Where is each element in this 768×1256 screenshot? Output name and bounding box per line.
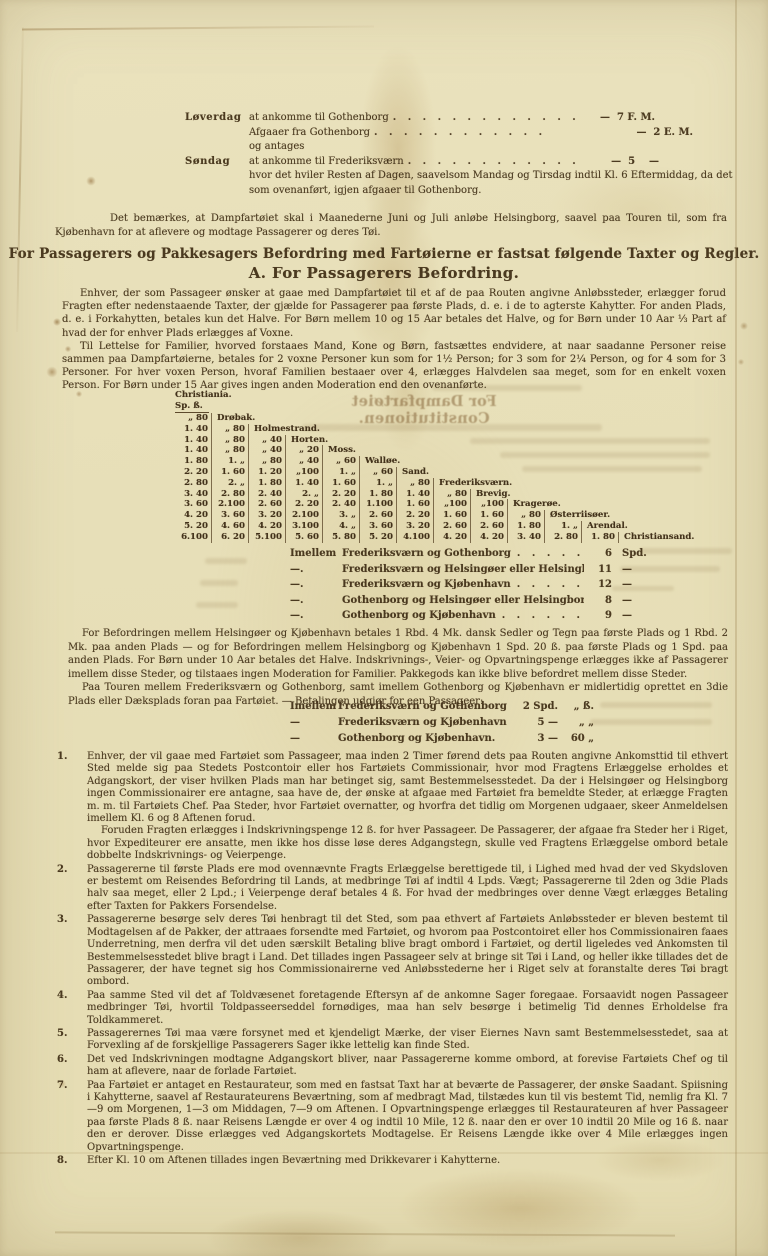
station-label: Horten. xyxy=(286,435,328,446)
route-name: Gothenborg og Helsingøer eller Helsingbo… xyxy=(342,595,584,606)
fare-cell: „ 80 xyxy=(249,456,286,467)
route-name: Frederiksværn og Kjøbenhavn xyxy=(342,579,511,590)
fare-cell: 3. 60 xyxy=(360,521,397,532)
route-fare-row: —.Gothenborg og Helsingøer eller Helsing… xyxy=(290,593,656,609)
fare-cell: „ 60 xyxy=(360,467,397,478)
fare-cell: 3. 40 xyxy=(175,489,212,500)
dot-leader: . . . . . . xyxy=(502,610,584,621)
fare-cell: 1. 60 xyxy=(434,510,471,521)
fare-cell: „ 80 xyxy=(212,445,249,456)
route-fare-value: 9 xyxy=(584,608,612,624)
route-fare-route: Gothenborg og Helsingøer eller Helsingbo… xyxy=(342,593,584,609)
fare-cell: 3. „ xyxy=(323,510,360,521)
rule-item: 7.Paa Fartøiet er antaget en Restaurateu… xyxy=(55,1080,728,1154)
rule-paragraph: Passagerernes Tøi maa være forsynet med … xyxy=(87,1028,728,1053)
fare-cell: 5. 20 xyxy=(175,521,212,532)
fare-cell: 1. 40 xyxy=(175,435,212,446)
fare-cell: „ 80 xyxy=(175,413,212,424)
schedule-text: at ankomme til Frederiksværn xyxy=(249,155,404,170)
fare-table-row: 5. 204. 604. 203.1004. „3. 603. 202. 602… xyxy=(175,521,694,532)
dot-leader: . . . . . . . . . . . . xyxy=(374,126,632,141)
fare-cell: 2. 60 xyxy=(434,521,471,532)
route-fares-list: ImellemFrederiksværn og Gothenborg. . . … xyxy=(290,546,656,624)
dot-leader: . . . . . xyxy=(517,579,584,590)
rule-item: 2.Passagererne til første Plads ere mod … xyxy=(55,864,728,914)
fare-cell: 2. 40 xyxy=(323,499,360,510)
rule-number: 5. xyxy=(55,1028,87,1053)
rule-text: Det ved Indskrivningen modtagne Adgangsk… xyxy=(87,1054,728,1079)
fare-cell: „ 60 xyxy=(323,456,360,467)
ghost-smudge xyxy=(200,580,238,586)
fare-cell: 1.100 xyxy=(360,499,397,510)
rules-list: 1.Enhver, der vil gaae med Fartøiet som … xyxy=(55,751,728,1168)
fare-cell: 3. 20 xyxy=(397,521,434,532)
deck-fare-value-2: „ ß. xyxy=(558,699,594,715)
fare-cell: „100 xyxy=(434,499,471,510)
fare-table-row: 3. 602.1002. 602. 202. 401.1001. 60„100„… xyxy=(175,499,694,510)
fare-cell: 5. 20 xyxy=(360,532,397,543)
rule-item: 3.Passagererne besørge selv deres Tøi he… xyxy=(55,914,728,988)
fare-table-row: 3. 402. 802. 402. „2. 201. 801. 40„ 80Br… xyxy=(175,489,694,500)
fare-cell: „ 40 xyxy=(286,456,323,467)
rule-number: 8. xyxy=(55,1155,87,1167)
fare-table-row: 1. 801. „„ 80„ 40„ 60Walløe. xyxy=(175,456,694,467)
route-name: Gothenborg og Kjøbenhavn xyxy=(342,610,496,621)
schedule-time: — 5 — xyxy=(611,155,659,170)
fare-cell: „100 xyxy=(471,499,508,510)
deck-fare-value-2: „ „ xyxy=(558,715,594,731)
rule-number: 1. xyxy=(55,751,87,863)
rule-number: 2. xyxy=(55,864,87,914)
route-fare-route: Frederiksværn og Gothenborg. . . . . xyxy=(342,546,584,562)
route-fare-value: 8 xyxy=(584,593,612,609)
fare-cell: 2. „ xyxy=(286,489,323,500)
fare-cell: 1. „ xyxy=(323,467,360,478)
fare-cell: 4. 20 xyxy=(175,510,212,521)
fare-cell: 3. 60 xyxy=(175,499,212,510)
fare-cell: 3. 40 xyxy=(508,532,545,543)
fare-table-row: 1. 40„ 80Holmestrand. xyxy=(175,424,694,435)
fare-cell: 2. 80 xyxy=(212,489,249,500)
route-fare-prefix: Imellem xyxy=(290,546,342,562)
paper-fold-line xyxy=(22,25,374,30)
fare-cell: „ 80 xyxy=(397,478,434,489)
intro-paragraph: Enhver, der som Passageer ønsker at gaae… xyxy=(62,287,726,340)
rule-paragraph: Efter Kl. 10 om Aftenen tillades ingen B… xyxy=(87,1155,728,1167)
fare-cell: 3. 20 xyxy=(249,510,286,521)
rule-paragraph: Paa Fartøiet er antaget en Restaurateur,… xyxy=(87,1080,728,1154)
fare-cell: 2. 20 xyxy=(286,499,323,510)
schedule-row: som ovenanført, igjen afgaaer til Gothen… xyxy=(185,184,707,199)
fare-cell: 1. 40 xyxy=(175,445,212,456)
schedule-note: Det bemærkes, at Dampfartøiet skal i Maa… xyxy=(55,212,727,239)
fare-table-row: 2. 201. 601. 20„1001. „„ 60Sand. xyxy=(175,467,694,478)
rule-item: 6.Det ved Indskrivningen modtagne Adgang… xyxy=(55,1054,728,1079)
schedule-text: Afgaaer fra Gothenborg xyxy=(249,126,370,141)
fare-table-row: 4. 203. 603. 202.1003. „2. 602. 201. 601… xyxy=(175,510,694,521)
station-label: Drøbak. xyxy=(212,413,255,424)
route-name: Frederiksværn og Gothenborg xyxy=(342,548,511,559)
deck-fare-value: 2 Spd. xyxy=(506,699,558,715)
deck-fare-route: Gothenborg og Kjøbenhavn. xyxy=(338,731,506,747)
schedule-day-label: Søndag xyxy=(185,155,249,170)
fare-table-row: „ 80Drøbak. xyxy=(175,413,694,424)
deck-fares-list: ImellemFrederiksværn og Gothenborg2 Spd.… xyxy=(290,699,590,748)
fare-table-row: 1. 40„ 80„ 40„ 20Moss. xyxy=(175,445,694,456)
fare-cell: 2. 20 xyxy=(397,510,434,521)
dot-leader: . . . . . xyxy=(517,548,584,559)
route-fare-unit: — xyxy=(612,608,656,624)
paper-fold-line xyxy=(55,1231,675,1236)
fare-cell: 2. 60 xyxy=(360,510,397,521)
schedule-text: og antages xyxy=(249,140,304,155)
station-label: Holmestrand. xyxy=(249,424,320,435)
fare-cell: 2. 80 xyxy=(175,478,212,489)
fare-cell: 6.100 xyxy=(175,532,212,543)
route-fare-unit: — xyxy=(612,562,656,578)
fare-cell: 1. 80 xyxy=(582,532,619,543)
fare-cell: 5. 80 xyxy=(323,532,360,543)
rule-item: 8.Efter Kl. 10 om Aftenen tillades ingen… xyxy=(55,1155,728,1167)
deck-fare-row: —Frederiksværn og Kjøbenhavn5 —„ „ xyxy=(290,715,590,731)
station-label: Arendal. xyxy=(582,521,628,532)
route-fare-route: Frederiksværn og Helsingøer eller Helsin… xyxy=(342,562,584,578)
rule-text: Passagererne besørge selv deres Tøi henb… xyxy=(87,914,728,988)
route-fare-row: —.Gothenborg og Kjøbenhavn. . . . . .9— xyxy=(290,608,656,624)
document-title: For Passagerers og Pakkesagers Befordrin… xyxy=(0,246,768,262)
fare-cell: 4. 20 xyxy=(471,532,508,543)
fare-cell: 1. 20 xyxy=(249,467,286,478)
fare-cell: 2. 40 xyxy=(249,489,286,500)
route-fare-value: 6 xyxy=(584,546,612,562)
deck-fare-prefix: — xyxy=(290,731,338,747)
route-fare-row: ImellemFrederiksværn og Gothenborg. . . … xyxy=(290,546,656,562)
fare-cell: 2. 80 xyxy=(545,532,582,543)
rule-paragraph: Paa samme Sted vil det af Toldvæsenet fo… xyxy=(87,990,728,1027)
fare-cell: „ 80 xyxy=(212,435,249,446)
deck-fare-value: 5 — xyxy=(506,715,558,731)
fare-cell: 1. 80 xyxy=(249,478,286,489)
fare-cell: 4. „ xyxy=(323,521,360,532)
paper-fold-line xyxy=(735,0,737,1256)
rule-number: 4. xyxy=(55,990,87,1027)
fare-table-row: 2. 802. „1. 801. 401. 601. „„ 80Frederik… xyxy=(175,478,694,489)
fare-cell: 1. 60 xyxy=(397,499,434,510)
schedule-row: hvor det hviler Resten af Dagen, saavels… xyxy=(185,169,707,184)
fare-cell: 1. 80 xyxy=(508,521,545,532)
fare-table: Christiania. Sp. ß. „ 80Drøbak.1. 40„ 80… xyxy=(175,390,694,543)
fare-table-origin: Christiania. xyxy=(175,390,694,401)
fare-cell: 2. „ xyxy=(212,478,249,489)
fare-cell: „ 40 xyxy=(249,445,286,456)
fare-cell: 2. 60 xyxy=(471,521,508,532)
fare-table-row: 6.1006. 205.1005. 605. 805. 204.1004. 20… xyxy=(175,532,694,543)
deck-fare-row: ImellemFrederiksværn og Gothenborg2 Spd.… xyxy=(290,699,590,715)
fare-cell: 1. 40 xyxy=(175,424,212,435)
station-label: Kragerøe. xyxy=(508,499,561,510)
route-name: Frederiksværn og Helsingøer eller Helsin… xyxy=(342,564,584,575)
fare-cell: „100 xyxy=(286,467,323,478)
fare-cell: „ 40 xyxy=(249,435,286,446)
fare-cell: „ 80 xyxy=(508,510,545,521)
rule-number: 3. xyxy=(55,914,87,988)
fare-cell: „ 80 xyxy=(212,424,249,435)
fare-cell: 4. 20 xyxy=(249,521,286,532)
mid-paragraphs: For Befordringen mellem Helsingøer og Kj… xyxy=(68,627,728,709)
dot-leader: . . . . . . . . . . . . xyxy=(408,155,607,170)
fare-cell: 1. „ xyxy=(212,456,249,467)
route-fare-unit: — xyxy=(612,593,656,609)
fare-table-unit: Sp. ß. xyxy=(175,401,694,414)
schedule-row: Afgaaer fra Gothenborg. . . . . . . . . … xyxy=(185,126,707,141)
deck-fare-route: Frederiksværn og Gothenborg xyxy=(338,699,506,715)
route-fare-prefix: —. xyxy=(290,608,342,624)
station-label: Østerriisøer. xyxy=(545,510,610,521)
deck-fare-value-2: 60 „ xyxy=(558,731,594,747)
rule-item: 5.Passagerernes Tøi maa være forsynet me… xyxy=(55,1028,728,1053)
fare-cell: „ 20 xyxy=(286,445,323,456)
fare-cell: 1. 40 xyxy=(286,478,323,489)
rule-item: 1.Enhver, der vil gaae med Fartøiet som … xyxy=(55,751,728,863)
route-fare-unit: Spd. xyxy=(612,546,656,562)
schedule-time: — 7 F. M. xyxy=(600,111,655,126)
rule-text: Enhver, der vil gaae med Fartøiet som Pa… xyxy=(87,751,728,863)
fare-cell: 3.100 xyxy=(286,521,323,532)
rule-text: Passagerernes Tøi maa være forsynet med … xyxy=(87,1028,728,1053)
rule-number: 7. xyxy=(55,1080,87,1154)
schedule-row: Løverdagat ankomme til Gothenborg. . . .… xyxy=(185,111,707,126)
station-label: Walløe. xyxy=(360,456,400,467)
route-fare-prefix: —. xyxy=(290,562,342,578)
fare-cell: 1. „ xyxy=(545,521,582,532)
intro-paragraph: Til Lettelse for Familier, hvorved forst… xyxy=(62,340,726,393)
fare-cell: 2. 20 xyxy=(175,467,212,478)
station-label: Sand. xyxy=(397,467,429,478)
fare-cell: 1. „ xyxy=(360,478,397,489)
deck-fare-prefix: — xyxy=(290,715,338,731)
rule-paragraph: Passagererne til første Plads ere mod ov… xyxy=(87,864,728,914)
fare-cell: 1. 80 xyxy=(360,489,397,500)
ghost-smudge xyxy=(590,719,712,725)
fare-cell: 2.100 xyxy=(286,510,323,521)
rule-text: Passagererne til første Plads ere mod ov… xyxy=(87,864,728,914)
deck-fare-route: Frederiksværn og Kjøbenhavn xyxy=(338,715,506,731)
paper-fold-line xyxy=(16,27,24,332)
rule-text: Efter Kl. 10 om Aftenen tillades ingen B… xyxy=(87,1155,728,1167)
station-label: Christiansand. xyxy=(619,532,694,543)
route-fare-value: 11 xyxy=(584,562,612,578)
fare-cell: 4.100 xyxy=(397,532,434,543)
intro-paragraphs: Enhver, der som Passageer ønsker at gaae… xyxy=(62,287,726,393)
route-fare-row: —.Frederiksværn og Helsingøer eller Hels… xyxy=(290,562,656,578)
fare-cell: 1. 60 xyxy=(212,467,249,478)
fare-cell: 2.100 xyxy=(212,499,249,510)
route-fare-prefix: —. xyxy=(290,593,342,609)
fare-cell: 5.100 xyxy=(249,532,286,543)
scanned-document-page: For Dampfartøiet Constitutionen. Løverda… xyxy=(0,0,768,1256)
fare-cell: 1. 40 xyxy=(397,489,434,500)
fare-cell: 5. 60 xyxy=(286,532,323,543)
rule-paragraph: Passagererne besørge selv deres Tøi henb… xyxy=(87,914,728,988)
rule-text: Paa samme Sted vil det af Toldvæsenet fo… xyxy=(87,990,728,1027)
fare-cell: 1. 60 xyxy=(323,478,360,489)
fare-cell: 2. 20 xyxy=(323,489,360,500)
fare-cell: „ 80 xyxy=(434,489,471,500)
station-label: Brevig. xyxy=(471,489,511,500)
sailing-schedule: Løverdagat ankomme til Gothenborg. . . .… xyxy=(185,111,707,198)
fare-cell: 6. 20 xyxy=(212,532,249,543)
deck-fare-value: 3 — xyxy=(506,731,558,747)
route-fare-route: Gothenborg og Kjøbenhavn. . . . . . xyxy=(342,608,584,624)
rule-item: 4.Paa samme Sted vil det af Toldvæsenet … xyxy=(55,990,728,1027)
fare-cell: 3. 60 xyxy=(212,510,249,521)
ghost-smudge xyxy=(205,558,247,564)
schedule-text: at ankomme til Gothenborg xyxy=(249,111,389,126)
route-fare-route: Frederiksværn og Kjøbenhavn. . . . . xyxy=(342,577,584,593)
rule-number: 6. xyxy=(55,1054,87,1079)
route-fare-unit: — xyxy=(612,577,656,593)
fare-cell: 4. 60 xyxy=(212,521,249,532)
fare-table-row: 1. 40„ 80„ 40Horten. xyxy=(175,435,694,446)
schedule-time: — 2 E. M. xyxy=(636,126,693,141)
rule-text: Paa Fartøiet er antaget en Restaurateur,… xyxy=(87,1080,728,1154)
deck-fare-row: —Gothenborg og Kjøbenhavn.3 —60 „ xyxy=(290,731,590,747)
fare-cell: 1. 80 xyxy=(175,456,212,467)
fare-cell: 2. 60 xyxy=(249,499,286,510)
route-fare-value: 12 xyxy=(584,577,612,593)
schedule-text: som ovenanført, igjen afgaaer til Gothen… xyxy=(249,184,481,199)
rule-paragraph: Enhver, der vil gaae med Fartøiet som Pa… xyxy=(87,751,728,825)
deck-fare-prefix: Imellem xyxy=(290,699,338,715)
fare-cell: 4. 20 xyxy=(434,532,471,543)
rule-paragraph: Det ved Indskrivningen modtagne Adgangsk… xyxy=(87,1054,728,1079)
fare-table-unit-label: Sp. ß. xyxy=(175,401,209,414)
body-paragraph: For Befordringen mellem Helsingøer og Kj… xyxy=(68,627,728,681)
route-fare-row: —.Frederiksværn og Kjøbenhavn. . . . .12… xyxy=(290,577,656,593)
schedule-row: og antages xyxy=(185,140,707,155)
rule-paragraph: Foruden Fragten erlægges i Indskrivnings… xyxy=(87,825,728,862)
fare-cell: 1. 60 xyxy=(471,510,508,521)
dot-leader: . . . . . . . . . . . . . xyxy=(393,111,596,126)
fare-table-rows: „ 80Drøbak.1. 40„ 80Holmestrand.1. 40„ 8… xyxy=(175,413,694,543)
station-label: Frederiksværn. xyxy=(434,478,512,489)
section-heading: A. For Passagerers Befordring. xyxy=(0,264,768,282)
ghost-smudge xyxy=(196,602,238,608)
station-label: Moss. xyxy=(323,445,356,456)
route-fare-prefix: —. xyxy=(290,577,342,593)
schedule-day-label: Løverdag xyxy=(185,111,249,126)
schedule-text: hvor det hviler Resten af Dagen, saavels… xyxy=(249,169,733,184)
schedule-row: Søndagat ankomme til Frederiksværn. . . … xyxy=(185,155,707,170)
